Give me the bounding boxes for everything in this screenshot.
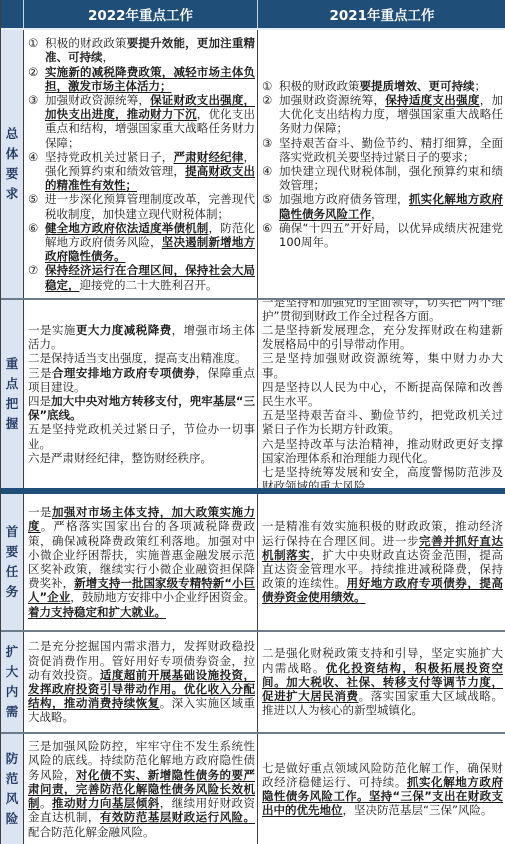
- text-segment: 迎接党的二十大胜利召开。: [80, 278, 218, 292]
- numbered-item: ⑤加强地方政府债务管理，抓实化解地方政府隐性债务风险工作，: [262, 192, 503, 220]
- text-segment: 五是坚持党政机关过紧日子，节俭办一切事业。: [28, 422, 255, 450]
- numbered-item: ⑥确保“十四五”开好局，以优异成绩庆祝建党100周年。: [262, 221, 503, 249]
- text-segment: 加强财政资源统筹，: [279, 93, 385, 107]
- cell-2021-key-priorities: 一是坚持和加强党的全面领导，切实把“两个维护”贯彻到财政工作全过程各方面。二是坚…: [258, 300, 505, 488]
- paragraph: 六是严肃财经纪律，整饬财经秩序。: [28, 451, 255, 465]
- text-segment: 加快建立现代财税体制，强化预算约束和绩效管理；: [279, 164, 503, 192]
- text-segment: 七是坚持统筹发展和安全，高度警惕防范涉及财政领域的重大风险。: [262, 465, 503, 488]
- text-segment: 实施新的减税降费政策，减轻市场主体负担，激发市场主体活力；: [45, 65, 255, 93]
- row-label-cell-overall-requirements: 总体要求: [1, 30, 24, 298]
- text-segment: 进一步深化预算管理制度改革，完善现代税收制度，加快建立现代财税体制；: [45, 192, 255, 220]
- text-segment: 一是坚持和加强党的全面领导，切实把“两个维护”贯彻到财政工作全过程各方面。: [262, 300, 503, 323]
- item-text: 加强地方政府债务管理，抓实化解地方政府隐性债务风险工作，: [279, 192, 503, 220]
- text-segment: ，坚决防范基层“三保”风险。: [343, 803, 493, 817]
- row-label: 扩大内需: [5, 642, 19, 722]
- cell-2021-primary-task: 一是精准有效实施积极的财政政策，推动经济运行保持在合理区间。进一步完善并抓好直达…: [258, 494, 505, 630]
- paragraph: 五是坚持党政机关过紧日子，节俭办一切事业。: [28, 422, 255, 450]
- text-segment: 着力支持稳定和扩大就业。: [28, 605, 166, 619]
- table-body: 总体要求①积极的财政政策要提升效能，更加注重精准、可持续，②实施新的减税降费政策…: [1, 28, 505, 844]
- numbered-item: ⑥健全地方政府依法适度举债机制，防范化解地方政府债务风险，坚决遏制新增地方政府隐…: [28, 221, 255, 264]
- text-segment: 加强地方政府债务管理，: [279, 192, 409, 206]
- numbered-item: ⑦保持经济运行在合理区间，保持社会大局稳定，迎接党的二十大胜利召开。: [28, 263, 255, 291]
- row-label-cell-risk-prevention: 防范风险: [1, 734, 24, 844]
- row-label-cell-primary-task: 首要任务: [1, 494, 24, 630]
- paragraph: 七是坚持统筹发展和安全，高度警惕防范涉及财政领域的重大风险。: [262, 465, 503, 488]
- item-text: 确保“十四五”开好局，以优异成绩庆祝建党100周年。: [279, 221, 503, 249]
- text-segment: 六是坚持改革与法治精神，推动财政更好支撑国家治理体系和治理能力现代化。: [262, 437, 503, 465]
- row-label-cell-key-priorities: 重点把握: [1, 300, 24, 488]
- row-overall-requirements: 总体要求①积极的财政政策要提升效能，更加注重精准、可持续，②实施新的减税降费政策…: [1, 28, 505, 298]
- item-number: ②: [262, 93, 279, 136]
- text-segment: 坚持艰苦奋斗、勤俭节约、精打细算，全面落实党政机关要坚持过紧日子的要求；: [279, 136, 503, 164]
- text-segment: 六是严肃财经纪律，整饬财经秩序。: [28, 451, 212, 465]
- item-text: 保持经济运行在合理区间，保持社会大局稳定，迎接党的二十大胜利召开。: [45, 263, 255, 291]
- cell-2021-overall-requirements: ①积极的财政政策要提质增效、更可持续；②加强财政资源统筹，保持适度支出强度，加大…: [258, 30, 505, 298]
- row-primary-task: 首要任务一是加强对市场主体支持，加大政策实施力度。严格落实国家出台的各项减税降费…: [1, 488, 505, 630]
- numbered-item: ②实施新的减税降费政策，减轻市场主体负担，激发市场主体活力；: [28, 65, 255, 93]
- item-text: 进一步深化预算管理制度改革，完善现代税收制度，加快建立现代财税体制；: [45, 192, 255, 220]
- text-segment: 要提质增效、更可持续: [360, 79, 475, 93]
- item-number: ③: [262, 136, 279, 164]
- text-segment: 三是: [28, 366, 52, 380]
- text-segment: ；: [475, 79, 487, 93]
- row-label: 首要任务: [5, 522, 19, 602]
- text-segment: 五是坚持艰苦奋斗、勤俭节约，把党政机关过紧日子作为长期方针政策。: [262, 408, 503, 436]
- cell-2022-overall-requirements: ①积极的财政政策要提升效能，更加注重精准、可持续，②实施新的减税降费政策，减轻市…: [24, 30, 258, 298]
- item-text: 实施新的减税降费政策，减轻市场主体负担，激发市场主体活力；: [45, 65, 255, 93]
- paragraph: 三是加强风险防控，牢牢守住不发生系统性风险的底线。持续防范化解地方政府隐性债务风…: [28, 739, 255, 838]
- row-label: 总体要求: [5, 124, 19, 204]
- paragraph: 七是做好重点领域风险防范化解工作，确保财政经济稳健运行、可持续。抓实化解地方政府…: [262, 761, 503, 818]
- paragraph: 二是强化财税政策支持和引导，坚定实施扩大内需战略。优化投资结构，积极拓展投资空间…: [262, 646, 503, 717]
- row-label-cell-expand-domestic-demand: 扩大内需: [1, 632, 24, 732]
- item-number: ⑥: [262, 221, 279, 249]
- item-text: 加快建立现代财税体制，强化预算约束和绩效管理；: [279, 164, 503, 192]
- text-segment: 合理安排地方政府专项债券: [52, 366, 196, 380]
- paragraph: 一是精准有效实施积极的财政政策，推动经济运行保持在合理区间。进一步完善并抓好直达…: [262, 519, 503, 604]
- text-segment: 。: [40, 796, 52, 810]
- cell-2022-risk-prevention: 三是加强风险防控，牢牢守住不发生系统性风险的底线。持续防范化解地方政府隐性债务风…: [24, 734, 258, 844]
- text-segment: 四是: [28, 394, 51, 408]
- numbered-item: ①积极的财政政策要提质增效、更可持续；: [262, 79, 503, 93]
- item-number: ⑤: [262, 192, 279, 220]
- row-label: 防范风险: [5, 749, 19, 829]
- text-segment: 严肃财经纪律: [173, 150, 243, 164]
- text-segment: 加强财政资源统筹，: [45, 93, 150, 107]
- text-segment: 二是坚持新发展理念，充分发挥财政在构建新发展格局中的引导带动作用。: [262, 323, 503, 351]
- numbered-item: ③坚持艰苦奋斗、勤俭节约、精打细算，全面落实党政机关要坚持过紧日子的要求；: [262, 136, 503, 164]
- comparison-table: 2022年重点工作 2021年重点工作 总体要求①积极的财政政策要提升效能，更加…: [0, 0, 505, 844]
- text-segment: 一是实施: [28, 323, 76, 337]
- item-text: 健全地方政府依法适度举债机制，防范化解地方政府债务风险，坚决遏制新增地方政府隐性…: [45, 221, 255, 264]
- text-segment: 坚持党政机关过紧日子，: [45, 150, 173, 164]
- text-segment: 更大力度减税降费: [76, 323, 172, 337]
- header-cell-2021: 2021年重点工作: [258, 0, 505, 28]
- item-text: 坚持党政机关过紧日子，严肃财经纪律，强化预算约束和绩效管理，提高财政支出的精准性…: [45, 150, 255, 193]
- paragraph: 二是保持适当支出强度，提高支出精准度。: [28, 351, 255, 365]
- numbered-item: ④坚持党政机关过紧日子，严肃财经纪律，强化预算约束和绩效管理，提高财政支出的精准…: [28, 150, 255, 193]
- item-number: ⑤: [28, 192, 45, 220]
- text-segment: 二是保持适当支出强度，提高支出精准度。: [28, 351, 247, 365]
- numbered-item: ①积极的财政政策要提升效能，更加注重精准、可持续，: [28, 36, 255, 64]
- paragraph: 一是加强对市场主体支持，加大政策实施力度。严格落实国家出台的各项减税降费政策，确…: [28, 505, 255, 619]
- item-text: 加强财政资源统筹，保证财政支出强度，加快支出进度，推动财力下沉，优化支出重点和结…: [45, 93, 255, 150]
- text-segment: 四是坚持以人民为中心，不断提高保障和改善民生水平。: [262, 380, 503, 408]
- paragraph: 一是坚持和加强党的全面领导，切实把“两个维护”贯彻到财政工作全过程各方面。: [262, 300, 503, 323]
- paragraph: 三是坚持加强财政资源统筹，集中财力办大事。: [262, 351, 503, 379]
- item-text: 坚持艰苦奋斗、勤俭节约、精打细算，全面落实党政机关要坚持过紧日子的要求；: [279, 136, 503, 164]
- text-segment: 推动财力向基层倾斜: [52, 796, 160, 810]
- header-cell-2022: 2022年重点工作: [24, 0, 258, 28]
- numbered-item: ③加强财政资源统筹，保证财政支出强度，加快支出进度，推动财力下沉，优化支出重点和…: [28, 93, 255, 150]
- item-number: ④: [262, 164, 279, 192]
- text-segment: 有效防范基层财政运行风险。: [100, 810, 255, 824]
- text-segment: 确保“十四五”开好局，以优异成绩庆祝建党100周年。: [279, 221, 503, 249]
- cell-2021-risk-prevention: 七是做好重点领域风险防范化解工作，确保财政经济稳健运行、可持续。抓实化解地方政府…: [258, 734, 505, 844]
- text-segment: ，: [371, 207, 383, 221]
- item-number: ③: [28, 93, 45, 150]
- item-text: 加强财政资源统筹，保持适度支出强度，加大优化支出结构力度，增强国家重大战略任务财…: [279, 93, 503, 136]
- item-number: ②: [28, 65, 45, 93]
- item-number: ⑥: [28, 221, 45, 264]
- cell-2022-expand-domestic-demand: 二是充分挖掘国内需求潜力，发挥财政稳投资促消费作用。管好用好专项债券资金，拉动有…: [24, 632, 258, 732]
- item-text: 积极的财政政策要提升效能，更加注重精准、可持续，: [45, 36, 255, 64]
- header-corner-cell: [1, 0, 24, 28]
- text-segment: 配合防范化解金融风险。: [28, 825, 155, 839]
- item-number: ①: [28, 36, 45, 64]
- numbered-item: ②加强财政资源统筹，保持适度支出强度，加大优化支出结构力度，增强国家重大战略任务…: [262, 93, 503, 136]
- text-segment: 一是: [28, 505, 52, 519]
- text-segment: 三是坚持加强财政资源统筹，集中财力办大事。: [262, 351, 503, 379]
- text-segment: 保持适度支出强度: [385, 93, 479, 107]
- text-segment: 加大中央对地方转移支付，兜牢基层“三保”底线。: [28, 394, 255, 422]
- item-number: ④: [28, 150, 45, 193]
- row-key-priorities: 重点把握一是实施更大力度减税降费，增强市场主体活力。二是保持适当支出强度，提高支…: [1, 298, 505, 488]
- cell-2022-key-priorities: 一是实施更大力度减税降费，增强市场主体活力。二是保持适当支出强度，提高支出精准度…: [24, 300, 258, 488]
- cell-2021-expand-domestic-demand: 二是强化财税政策支持和引导，坚定实施扩大内需战略。优化投资结构，积极拓展投资空间…: [258, 632, 505, 732]
- row-expand-domestic-demand: 扩大内需二是充分挖掘国内需求潜力，发挥财政稳投资促消费作用。管好用好专项债券资金…: [1, 630, 505, 732]
- paragraph: 六是坚持改革与法治精神，推动财政更好支撑国家治理体系和治理能力现代化。: [262, 437, 503, 465]
- item-text: 积极的财政政策要提质增效、更可持续；: [279, 79, 503, 93]
- paragraph: 一是实施更大力度减税降费，增强市场主体活力。: [28, 323, 255, 351]
- numbered-item: ④加快建立现代财税体制，强化预算约束和绩效管理；: [262, 164, 503, 192]
- table-header-row: 2022年重点工作 2021年重点工作: [1, 0, 505, 28]
- cell-2022-primary-task: 一是加强对市场主体支持，加大政策实施力度。严格落实国家出台的各项减税降费政策，确…: [24, 494, 258, 630]
- item-number: ⑦: [28, 263, 45, 291]
- paragraph: 二是坚持新发展理念，充分发挥财政在构建新发展格局中的引导带动作用。: [262, 323, 503, 351]
- text-segment: ，: [103, 50, 115, 64]
- text-segment: 积极的财政政策: [279, 79, 360, 93]
- paragraph: 三是合理安排地方政府专项债券，保障重点项目建设。: [28, 366, 255, 394]
- text-segment: ，鼓励地方安排中小企业纾困资金。: [70, 590, 255, 604]
- row-risk-prevention: 防范风险三是加强风险防控，牢牢守住不发生系统性风险的底线。持续防范化解地方政府隐…: [1, 732, 505, 844]
- paragraph: 五是坚持艰苦奋斗、勤俭节约，把党政机关过紧日子作为长期方针政策。: [262, 408, 503, 436]
- row-label: 重点把握: [5, 354, 19, 434]
- paragraph: 二是充分挖掘国内需求潜力，发挥财政稳投资促消费作用。管好用好专项债券资金，拉动有…: [28, 639, 255, 724]
- paragraph: 四是坚持以人民为中心，不断提高保障和改善民生水平。: [262, 380, 503, 408]
- paragraph: 四是加大中央对地方转移支付，兜牢基层“三保”底线。: [28, 394, 255, 422]
- item-number: ①: [262, 79, 279, 93]
- numbered-item: ⑤进一步深化预算管理制度改革，完善现代税收制度，加快建立现代财税体制；: [28, 192, 255, 220]
- text-segment: 积极的财政政策: [45, 36, 127, 50]
- text-segment: 健全地方政府依法适度举债机制: [45, 221, 208, 235]
